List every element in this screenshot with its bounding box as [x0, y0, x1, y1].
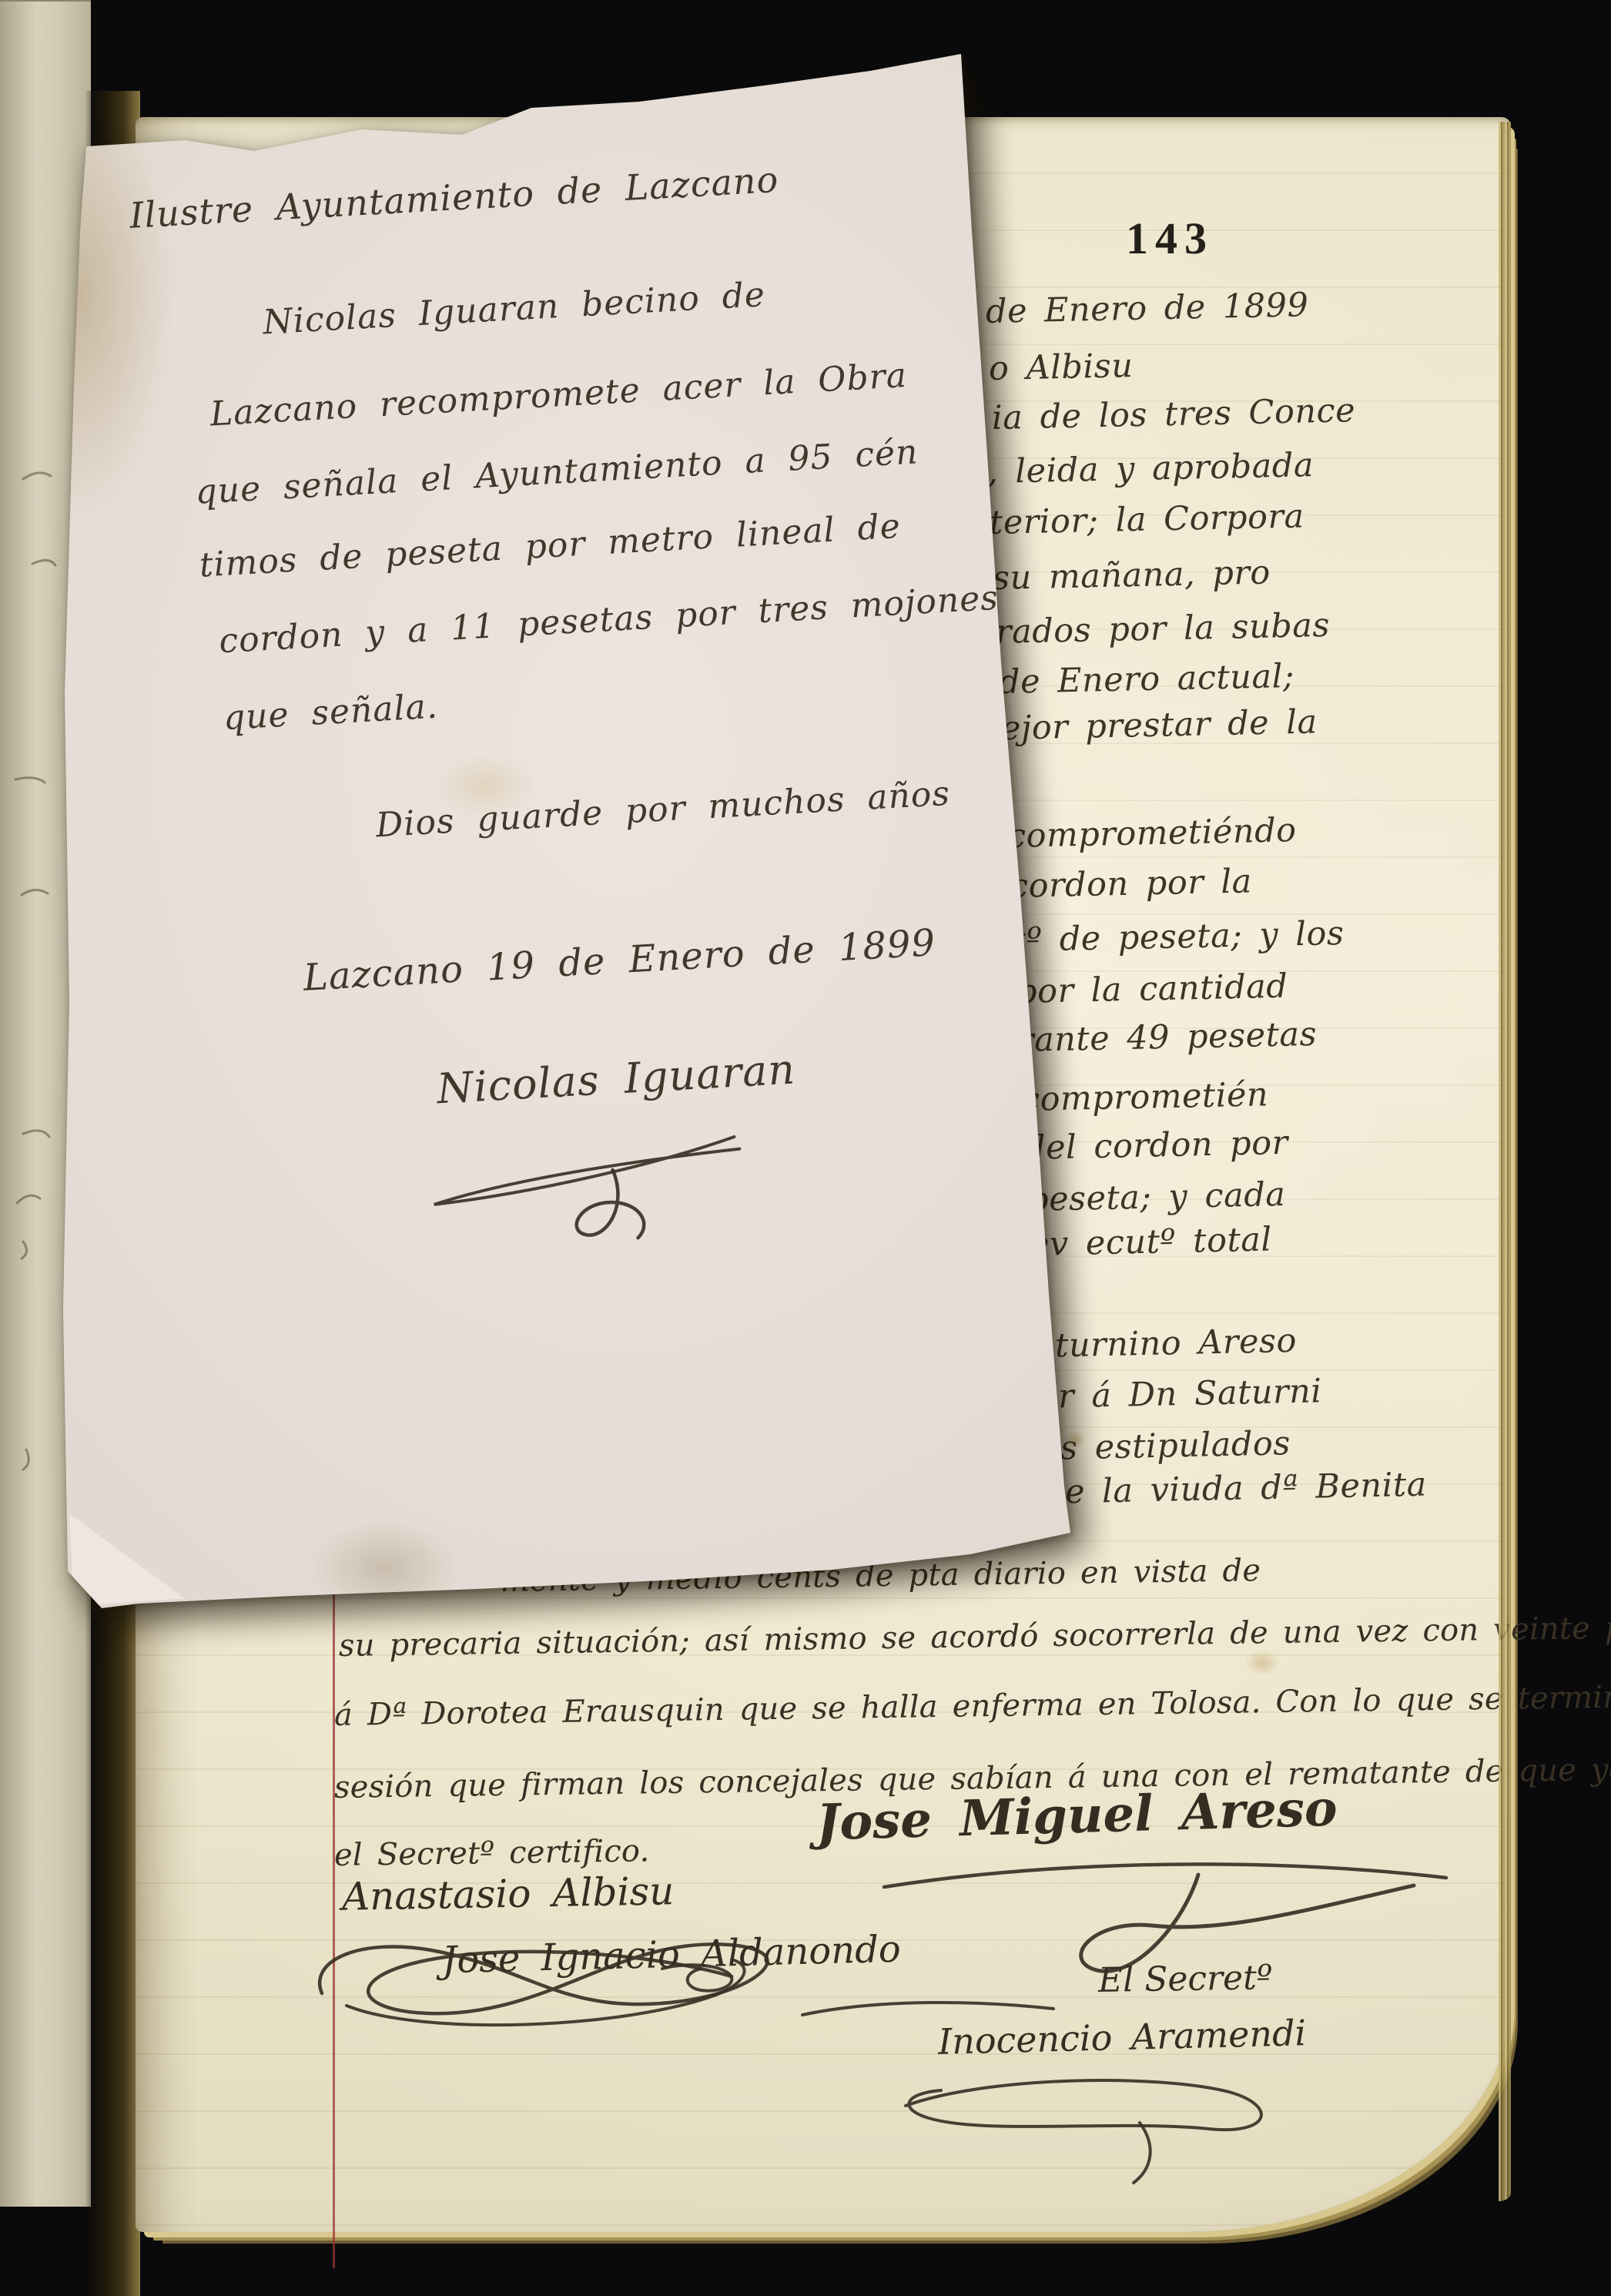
iguaran-rubric-icon: [416, 1114, 762, 1263]
letter-line: que señala.: [223, 687, 439, 738]
minutes-line: su precaria situación; así mismo se acor…: [339, 1610, 1611, 1664]
archival-scan: 143 de Enero de 1899 o Albisu ia de los …: [0, 0, 1611, 2296]
loose-letter-sheet: Ilustre Ayuntamiento de Lazcano Nicolas …: [54, 46, 1086, 1617]
letter-line: que señala el Ayuntamiento a 95 cén: [194, 432, 919, 511]
minutes-line: á Dª Dorotea Erausquin que se halla enfe…: [334, 1679, 1611, 1733]
letter-line: cordon y a 11 pesetas por tres mojones: [218, 578, 1000, 662]
letter-paper: Ilustre Ayuntamiento de Lazcano Nicolas …: [54, 46, 1086, 1617]
letter-line: timos de peseta por metro lineal de: [198, 507, 902, 585]
ledger-fragment: de la viuda dª Benita: [1043, 1466, 1427, 1512]
signature-inocencio-aramendi: Inocencio Aramendi: [937, 2012, 1306, 2063]
red-margin-rule: [333, 1544, 335, 2268]
aramendi-rubric-icon: [886, 2061, 1271, 2192]
letter-dateline: Lazcano 19 de Enero de 1899: [302, 921, 936, 1000]
signature-nicolas-iguaran: Nicolas Iguaran: [436, 1044, 797, 1113]
letter-text: Ilustre Ayuntamiento de Lazcano Nicolas …: [47, 0, 1165, 1617]
letter-closing: Dios guarde por muchos años: [375, 774, 951, 846]
letter-line: Nicolas Iguaran becino de: [262, 275, 766, 342]
signature-anastasio-albisu: Anastasio Albisu: [342, 1869, 675, 1919]
signature-el-secretario: El Secretº: [1098, 1958, 1273, 2000]
foxing-stain: [1244, 1650, 1280, 1676]
letter-heading: Ilustre Ayuntamiento de Lazcano: [129, 159, 780, 236]
minutes-line: el Secretº certifico.: [334, 1833, 650, 1873]
letter-line: Lazcano recompromete acer la Obra: [209, 356, 909, 434]
page-number: 143: [1126, 213, 1214, 264]
